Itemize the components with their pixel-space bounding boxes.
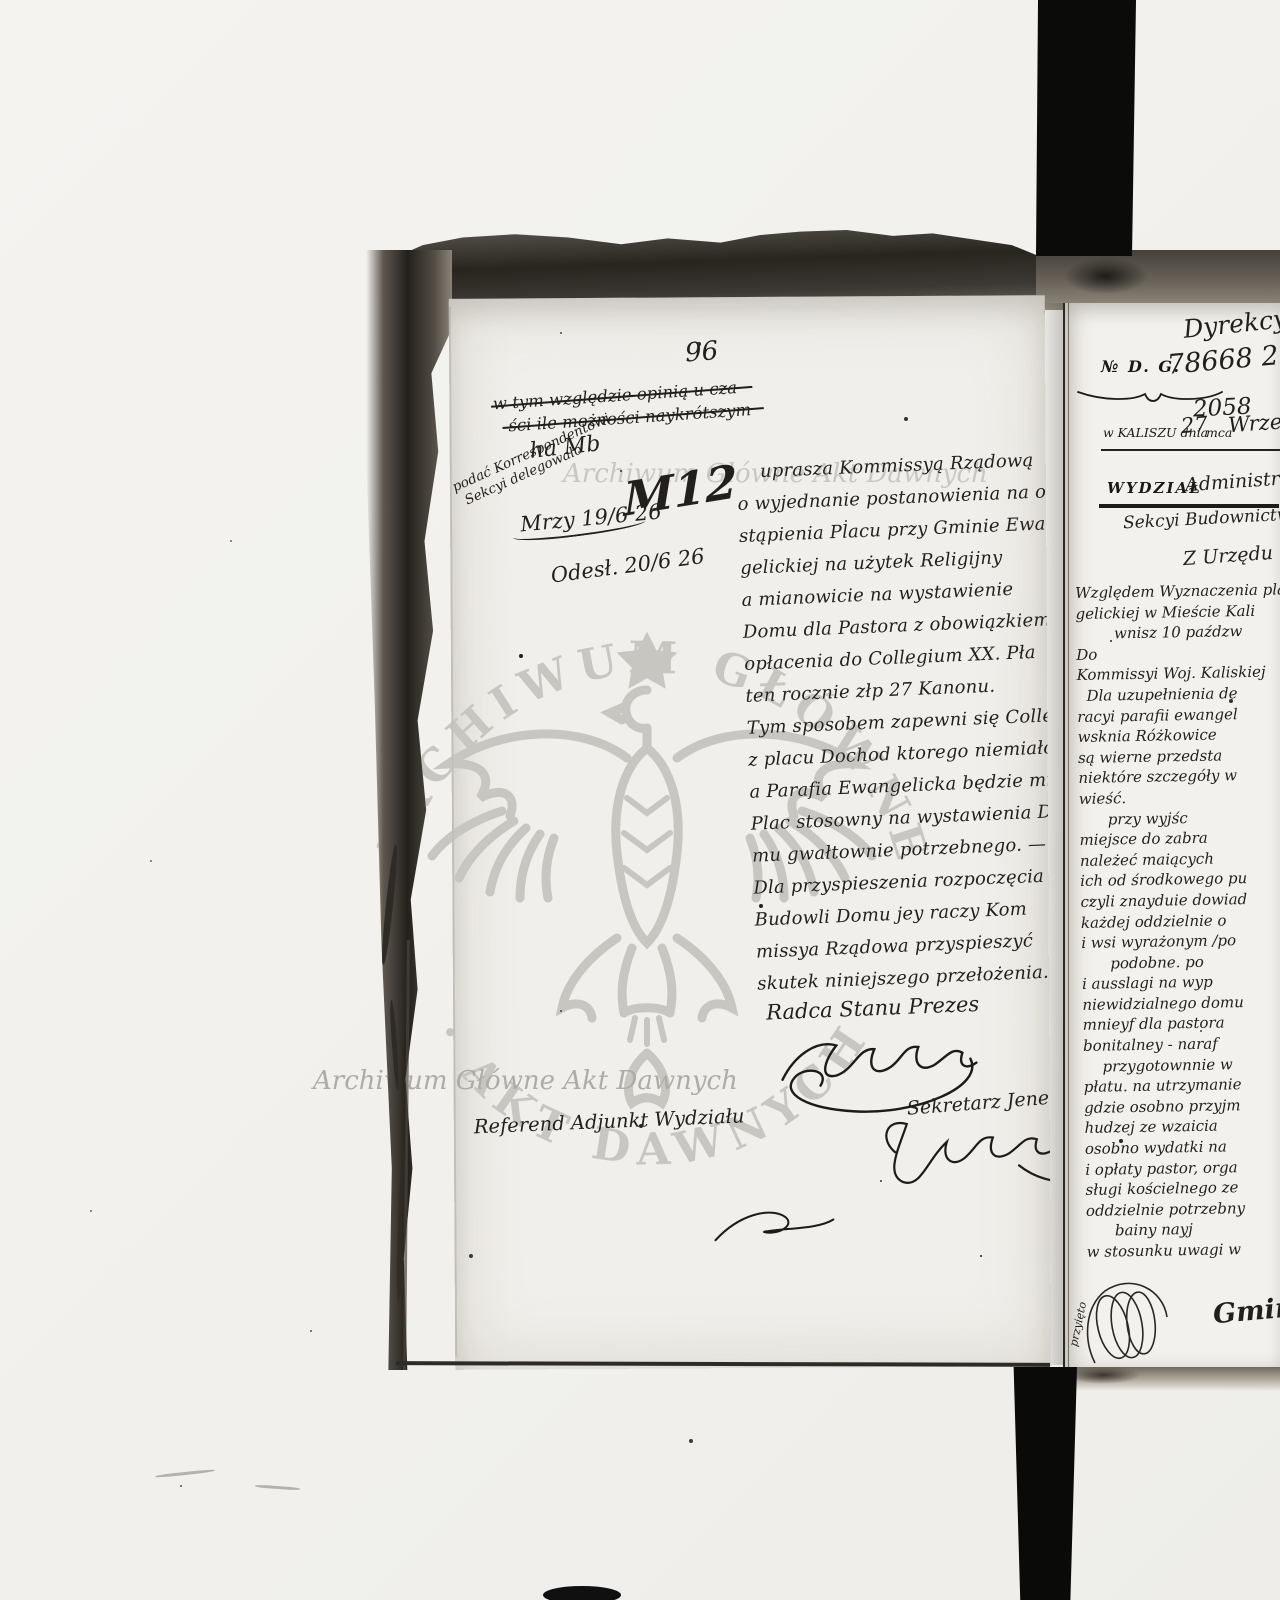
bottom-script-word: Gminy xyxy=(1212,1291,1280,1330)
film-strip-bottom xyxy=(1011,1367,1077,1600)
letterhead-month: Wrześ xyxy=(1227,409,1280,437)
letterhead-number-value: 78668 2 xyxy=(1166,340,1280,381)
page-crease xyxy=(449,307,457,1357)
letterhead-script-heading: Dyrekcyi xyxy=(1182,303,1280,344)
z-urzedu: Z Urzędu xyxy=(1182,542,1273,570)
left-manuscript-page: 96 w tym względzie opinią u cza ści ile … xyxy=(449,295,1052,1370)
text-line: Kommissyi Woj. Kaliskiej xyxy=(1076,661,1280,686)
registry-scribble xyxy=(1075,1279,1175,1369)
letterhead-day: 27 xyxy=(1180,412,1209,438)
text-line: gelickiej w Mieście Kali xyxy=(1075,599,1280,624)
book-top-edge-right xyxy=(1036,250,1280,310)
secretary-signature xyxy=(869,1107,1052,1198)
referendary-line: Referend Adjunkt Wydziału xyxy=(473,1104,745,1138)
microfilm-scan: 96 w tym względzie opinią u cza ści ile … xyxy=(0,0,1280,1600)
ink-blob xyxy=(543,1586,621,1600)
letter-body: uprasza Kommissyą Rządowąo wyjednanie po… xyxy=(736,444,1052,1000)
faint-scratch xyxy=(255,1484,300,1490)
wydzial-value: Administr xyxy=(1184,468,1280,497)
book-torn-left-edge xyxy=(366,250,452,1370)
sekcya-line: Sekcyi Budownictw xyxy=(1123,505,1280,534)
page-number: 96 xyxy=(684,336,719,368)
struck-note: w tym względzie opinią u cza ści ile moż… xyxy=(492,375,752,438)
dust-specks xyxy=(0,0,2,2)
faint-scratch xyxy=(155,1469,215,1478)
text-line: Względem Wyznaczenia pla xyxy=(1075,578,1280,603)
right-letter-body: Względem Wyznaczenia plagelickiej w Mieś… xyxy=(1075,578,1280,1262)
right-letterhead-page: Dyrekcyi № D. G. 78668 2 2058 w KALISZU … xyxy=(1063,303,1280,1369)
letterhead-rule xyxy=(1101,449,1280,451)
film-strip-top xyxy=(1036,0,1136,256)
right-page-bottom-edge xyxy=(1063,1367,1280,1391)
annotation-date-sent: Odesł. 20/6 26 xyxy=(549,544,705,588)
text-line: w stosunku uwagi w xyxy=(1087,1237,1280,1262)
paraph-signature xyxy=(709,1201,839,1247)
